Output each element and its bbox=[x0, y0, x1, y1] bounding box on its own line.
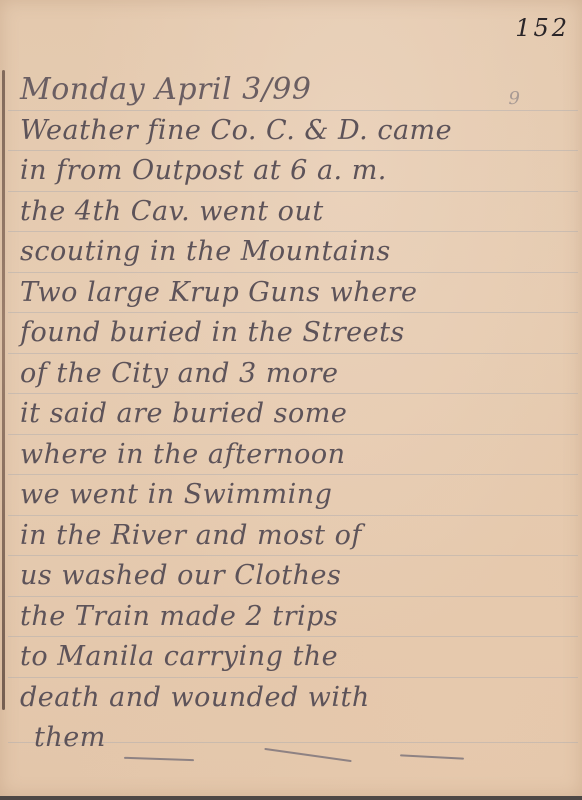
entry-line: Weather fine Co. C. & D. came bbox=[20, 111, 570, 152]
diary-page: 152 9 Monday April 3/99 Weather fine Co.… bbox=[0, 0, 582, 796]
entry-line: scouting in the Mountains bbox=[20, 232, 570, 273]
entry-line: the 4th Cav. went out bbox=[20, 192, 570, 233]
scan-bottom-edge bbox=[0, 796, 582, 800]
entry-line: in the River and most of bbox=[20, 516, 570, 557]
diary-entry: Monday April 3/99 Weather fine Co. C. & … bbox=[20, 70, 570, 759]
entry-date-heading: Monday April 3/99 bbox=[20, 70, 570, 111]
entry-line: the Train made 2 trips bbox=[20, 597, 570, 638]
entry-line: death and wounded with bbox=[20, 678, 570, 719]
entry-line: we went in Swimming bbox=[20, 475, 570, 516]
entry-line: it said are buried some bbox=[20, 394, 570, 435]
page-binding-edge bbox=[2, 70, 5, 710]
entry-line: where in the afternoon bbox=[20, 435, 570, 476]
entry-line: Two large Krup Guns where bbox=[20, 273, 570, 314]
entry-line: of the City and 3 more bbox=[20, 354, 570, 395]
entry-line: us washed our Clothes bbox=[20, 556, 570, 597]
entry-line: found buried in the Streets bbox=[20, 313, 570, 354]
entry-line: in from Outpost at 6 a. m. bbox=[20, 151, 570, 192]
page-number: 152 bbox=[515, 14, 570, 42]
entry-line: to Manila carrying the bbox=[20, 637, 570, 678]
